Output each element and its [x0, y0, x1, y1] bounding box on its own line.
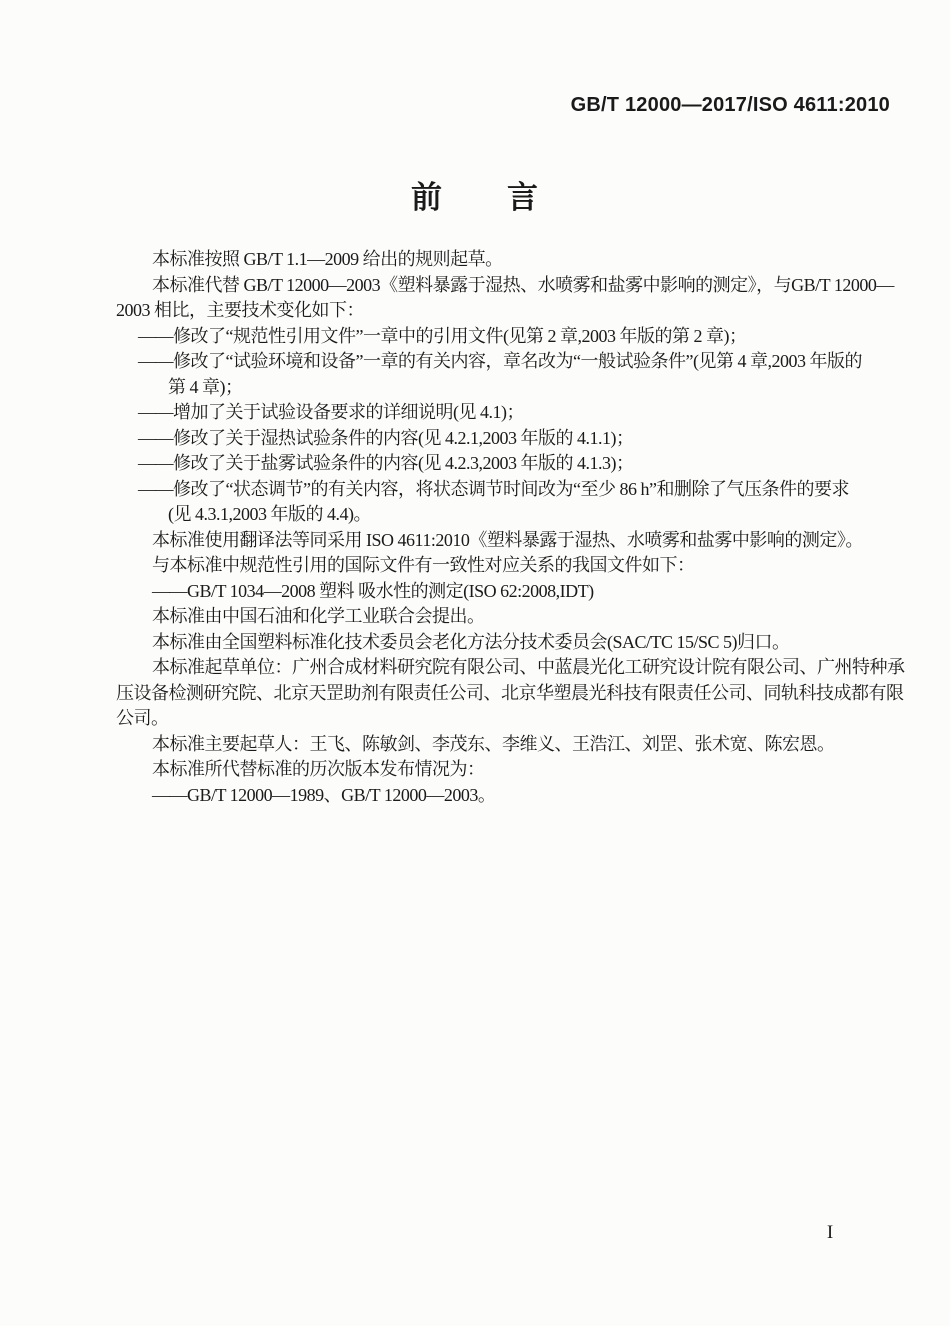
text-line: ——GB/T 1034—2008 塑料 吸水性的测定(ISO 62:2008,I… — [116, 579, 888, 605]
text-line: 本标准由中国石油和化学工业联合会提出。 — [116, 604, 888, 630]
text-line: ——GB/T 12000—1989、GB/T 12000—2003。 — [116, 783, 888, 809]
document-page: GB/T 12000—2017/ISO 4611:2010 前 言 本标准按照 … — [0, 0, 950, 1326]
text-line: 公司。 — [116, 706, 888, 732]
text-line: 第 4 章)； — [116, 375, 888, 401]
text-line: 本标准起草单位：广州合成材料研究院有限公司、中蓝晨光化工研究设计院有限公司、广州… — [116, 655, 888, 681]
text-line: 本标准由全国塑料标准化技术委员会老化方法分技术委员会(SAC/TC 15/SC … — [116, 630, 888, 656]
text-line: 本标准主要起草人：王飞、陈敏剑、李茂东、李维义、王浩江、刘罡、张术宽、陈宏恩。 — [116, 732, 888, 758]
text-line: ——修改了关于湿热试验条件的内容(见 4.2.1,2003 年版的 4.1.1)… — [116, 426, 888, 452]
text-line: 本标准按照 GB/T 1.1—2009 给出的规则起草。 — [116, 247, 888, 273]
text-line: ——修改了“试验环境和设备”一章的有关内容，章名改为“一般试验条件”(见第 4 … — [116, 349, 888, 375]
text-line: 与本标准中规范性引用的国际文件有一致性对应关系的我国文件如下： — [116, 553, 888, 579]
text-line: 本标准代替 GB/T 12000—2003《塑料暴露于湿热、水喷雾和盐雾中影响的… — [116, 273, 888, 299]
text-line: ——增加了关于试验设备要求的详细说明(见 4.1)； — [116, 400, 888, 426]
text-line: 压设备检测研究院、北京天罡助剂有限责任公司、北京华塑晨光科技有限责任公司、同轨科… — [116, 681, 888, 707]
foreword-body: 本标准按照 GB/T 1.1—2009 给出的规则起草。 本标准代替 GB/T … — [116, 247, 888, 808]
page-title: 前 言 — [0, 172, 950, 217]
page-number: I — [806, 1222, 854, 1244]
text-line: (见 4.3.1,2003 年版的 4.4)。 — [116, 502, 888, 528]
text-line: 本标准所代替标准的历次版本发布情况为： — [116, 757, 888, 783]
standard-number: GB/T 12000—2017/ISO 4611:2010 — [116, 94, 890, 117]
text-line: ——修改了“状态调节”的有关内容，将状态调节时间改为“至少 86 h”和删除了气… — [116, 477, 888, 503]
text-line: ——修改了关于盐雾试验条件的内容(见 4.2.3,2003 年版的 4.1.3)… — [116, 451, 888, 477]
text-line: 本标准使用翻译法等同采用 ISO 4611:2010《塑料暴露于湿热、水喷雾和盐… — [116, 528, 888, 554]
text-line: 2003 相比，主要技术变化如下： — [116, 298, 888, 324]
text-line: ——修改了“规范性引用文件”一章中的引用文件(见第 2 章,2003 年版的第 … — [116, 324, 888, 350]
